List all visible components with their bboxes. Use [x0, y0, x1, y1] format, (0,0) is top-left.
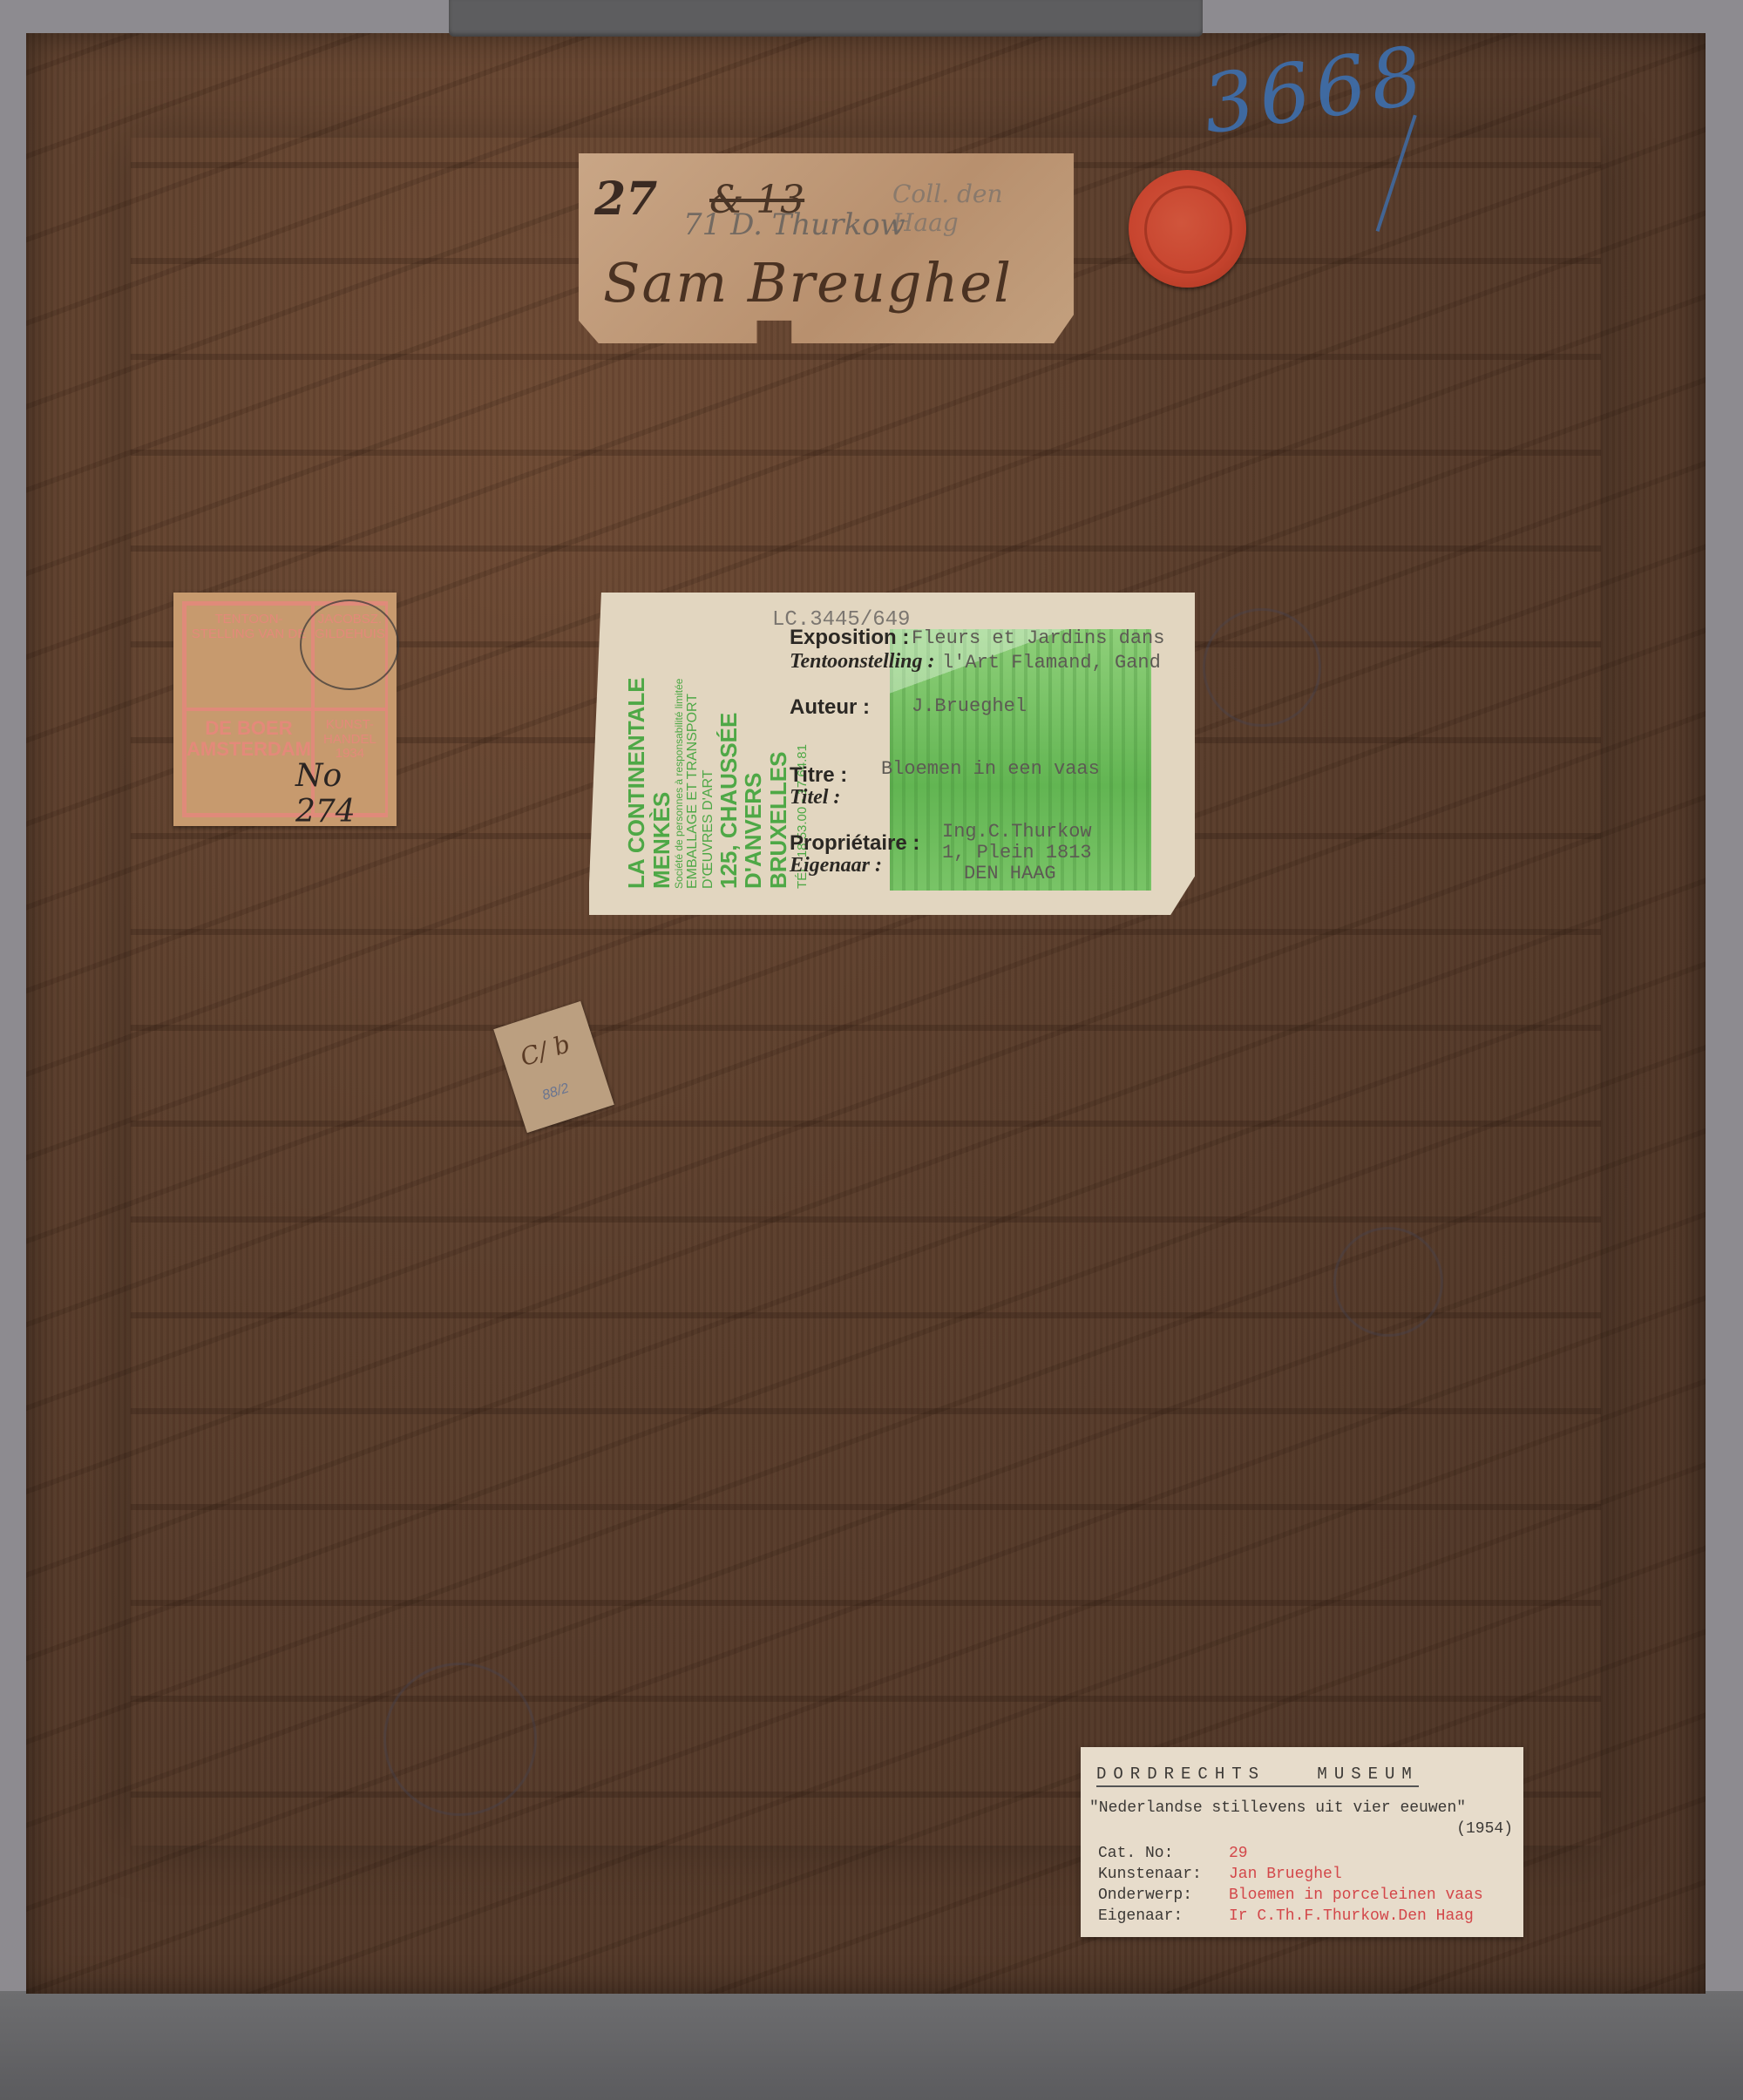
exhibition-year: (1954) — [1456, 1820, 1513, 1838]
faded-stamp-lower-left — [383, 1663, 537, 1816]
titre-value: Bloemen in een vaas — [881, 758, 1100, 780]
tentoonstelling-label: Tentoonstelling : — [790, 650, 934, 674]
company-name: LA CONTINENTALE MENKÈS — [624, 619, 674, 889]
company-service-2: D'ŒUVRES D'ART — [701, 619, 716, 889]
inventory-number: 27 — [594, 173, 657, 226]
company-street: 125, CHAUSSÉE D'ANVERS — [716, 619, 766, 889]
subject-row: Onderwerp:Bloemen in porceleinen vaas — [1098, 1887, 1483, 1904]
faded-stamp-right — [1203, 608, 1321, 727]
menkes-transport-label: LA CONTINENTALE MENKÈS Société de person… — [589, 593, 1195, 915]
handwritten-number: No 274 — [295, 758, 397, 830]
owner-line-2: 1, Plein 1813 — [942, 842, 1092, 864]
tag-pencil-number: 88/2 — [540, 1080, 571, 1104]
tag-scribble: C/ b — [517, 1029, 573, 1072]
wax-seal-icon — [1129, 170, 1246, 288]
pencil-note: 71 D. Thurkow — [683, 207, 905, 242]
postmark-stamp-icon — [300, 600, 399, 690]
museum-title: DORDRECHTS MUSEUM — [1096, 1765, 1419, 1787]
catalog-row: Cat. No:29 — [1098, 1845, 1248, 1862]
company-legal: Société de personnes à responsabilité li… — [674, 619, 685, 889]
pencil-note-2: Coll. den Haag — [892, 180, 1074, 237]
owner-row: Eigenaar:Ir C.Th.F.Thurkow.Den Haag — [1098, 1907, 1474, 1925]
exposition-value-2: l'Art Flamand, Gand — [942, 652, 1161, 674]
artist-row: Kunstenaar:Jan Brueghel — [1098, 1866, 1342, 1883]
photo-backdrop-floor — [0, 1991, 1743, 2100]
company-service-1: EMBALLAGE ET TRANSPORT — [685, 619, 701, 889]
de-boer-label: TENTOON-STELLING VAN DE JACOBSZ. GILDEHU… — [173, 593, 397, 826]
row-value: Bloemen in porceleinen vaas — [1229, 1887, 1483, 1904]
attribution-label: 27 & 13 71 D. Thurkow Coll. den Haag Sam… — [579, 153, 1074, 343]
row-key: Eigenaar: — [1098, 1907, 1229, 1925]
faded-stamp-center-right — [1333, 1227, 1443, 1337]
proprietaire-label: Propriétaire : — [790, 831, 919, 856]
exhibition-title: "Nederlandse stillevens uit vier eeuwen" — [1089, 1799, 1466, 1817]
auteur-label: Auteur : — [790, 695, 870, 720]
row-value: Ir C.Th.F.Thurkow.Den Haag — [1229, 1907, 1474, 1925]
company-block: LA CONTINENTALE MENKÈS Société de person… — [624, 619, 810, 889]
row-key: Kunstenaar: — [1098, 1866, 1229, 1883]
exposition-value-1: Fleurs et Jardins dans — [912, 627, 1164, 649]
row-key: Cat. No: — [1098, 1845, 1229, 1862]
company-city: BRUXELLES — [766, 619, 791, 889]
titel-label: Titel : — [790, 786, 840, 810]
label-cell: DE BOER AMSTERDAM — [185, 709, 313, 815]
dordrechts-museum-label: DORDRECHTS MUSEUM "Nederlandse stilleven… — [1081, 1747, 1523, 1937]
label-cell: TENTOON-STELLING VAN DE — [185, 604, 313, 709]
foam-clamp — [449, 0, 1203, 37]
artist-name: Sam Breughel — [603, 251, 1013, 315]
row-value: 29 — [1229, 1845, 1248, 1862]
exposition-label: Exposition : — [790, 626, 909, 650]
owner-line-3: DEN HAAG — [964, 863, 1056, 884]
panel-bevel-area — [131, 138, 1601, 1846]
row-key: Onderwerp: — [1098, 1887, 1229, 1904]
titre-label: Titre : — [790, 763, 847, 788]
eigenaar-label: Eigenaar : — [790, 854, 882, 877]
owner-line-1: Ing.C.Thurkow — [942, 821, 1092, 843]
auteur-value: J.Brueghel — [912, 695, 1027, 717]
row-value: Jan Brueghel — [1229, 1866, 1342, 1883]
